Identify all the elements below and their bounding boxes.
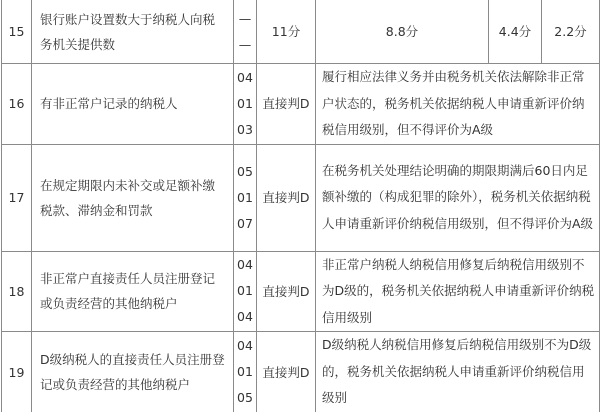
indicator-item: D级纳税人的直接责任人员注册登记或负责经营的其他纳税户 bbox=[32, 332, 234, 412]
judgement: 直接判D bbox=[257, 251, 316, 332]
code-line: 04 bbox=[234, 65, 256, 91]
code-line: 05 bbox=[234, 385, 256, 411]
score-level-b: 4.4分 bbox=[489, 0, 542, 64]
code-line: 04 bbox=[234, 252, 256, 278]
code-line: 03 bbox=[234, 117, 256, 143]
remark: 在税务机关处理结论明确的期限期满后60日内足额补缴的（构成犯罪的除外），税务机关… bbox=[316, 144, 600, 251]
remark: 非正常户纳税人纳税信用修复后纳税信用级别不为D级的，税务机关依据纳税人申请重新评… bbox=[316, 251, 600, 332]
table-row: 18 非正常户直接责任人员注册登记或负责经营的其他纳税户 04 01 04 直接… bbox=[2, 251, 600, 332]
code-line: 05 bbox=[234, 159, 256, 185]
score-level-c: 2.2分 bbox=[542, 0, 600, 64]
indicator-code: 05 01 07 bbox=[234, 144, 257, 251]
row-number: 19 bbox=[2, 332, 32, 412]
remark: D级纳税人纳税信用修复后纳税信用级别不为D级的，税务机关依据纳税人申请重新评价纳… bbox=[316, 332, 600, 412]
code-line: 04 bbox=[234, 304, 256, 330]
indicator-item: 在规定期限内未补交或足额补缴税款、滞纳金和罚款 bbox=[32, 144, 234, 251]
row-number: 18 bbox=[2, 251, 32, 332]
indicator-item: 银行账户设置数大于纳税人向税务机关提供数 bbox=[32, 0, 234, 64]
code-line: 04 bbox=[234, 333, 256, 359]
judgement: 直接判D bbox=[257, 332, 316, 412]
indicator-code: 04 01 04 bbox=[234, 251, 257, 332]
indicator-code: 04 01 05 bbox=[234, 332, 257, 412]
code-line: — bbox=[234, 32, 256, 58]
indicator-item: 有非正常户记录的纳税人 bbox=[32, 64, 234, 145]
table-row: 15 银行账户设置数大于纳税人向税务机关提供数 — — 11分 8.8分 4.4… bbox=[2, 0, 600, 64]
judgement: 直接判D bbox=[257, 144, 316, 251]
indicator-code: — — bbox=[234, 0, 257, 64]
tax-credit-table: 15 银行账户设置数大于纳税人向税务机关提供数 — — 11分 8.8分 4.4… bbox=[1, 0, 600, 412]
code-line: 01 bbox=[234, 185, 256, 211]
judgement: 直接判D bbox=[257, 64, 316, 145]
full-score: 11分 bbox=[257, 0, 316, 64]
code-line: 01 bbox=[234, 91, 256, 117]
table-row: 19 D级纳税人的直接责任人员注册登记或负责经营的其他纳税户 04 01 05 … bbox=[2, 332, 600, 412]
indicator-code: 04 01 03 bbox=[234, 64, 257, 145]
table-row: 17 在规定期限内未补交或足额补缴税款、滞纳金和罚款 05 01 07 直接判D… bbox=[2, 144, 600, 251]
code-line: — bbox=[234, 6, 256, 32]
code-line: 01 bbox=[234, 359, 256, 385]
indicator-item: 非正常户直接责任人员注册登记或负责经营的其他纳税户 bbox=[32, 251, 234, 332]
row-number: 16 bbox=[2, 64, 32, 145]
code-line: 01 bbox=[234, 278, 256, 304]
code-line: 07 bbox=[234, 211, 256, 237]
remark: 履行相应法律义务并由税务机关依法解除非正常户状态的，税务机关依据纳税人申请重新评… bbox=[316, 64, 600, 145]
row-number: 15 bbox=[2, 0, 32, 64]
row-number: 17 bbox=[2, 144, 32, 251]
table-row: 16 有非正常户记录的纳税人 04 01 03 直接判D 履行相应法律义务并由税… bbox=[2, 64, 600, 145]
score-level-a: 8.8分 bbox=[316, 0, 489, 64]
